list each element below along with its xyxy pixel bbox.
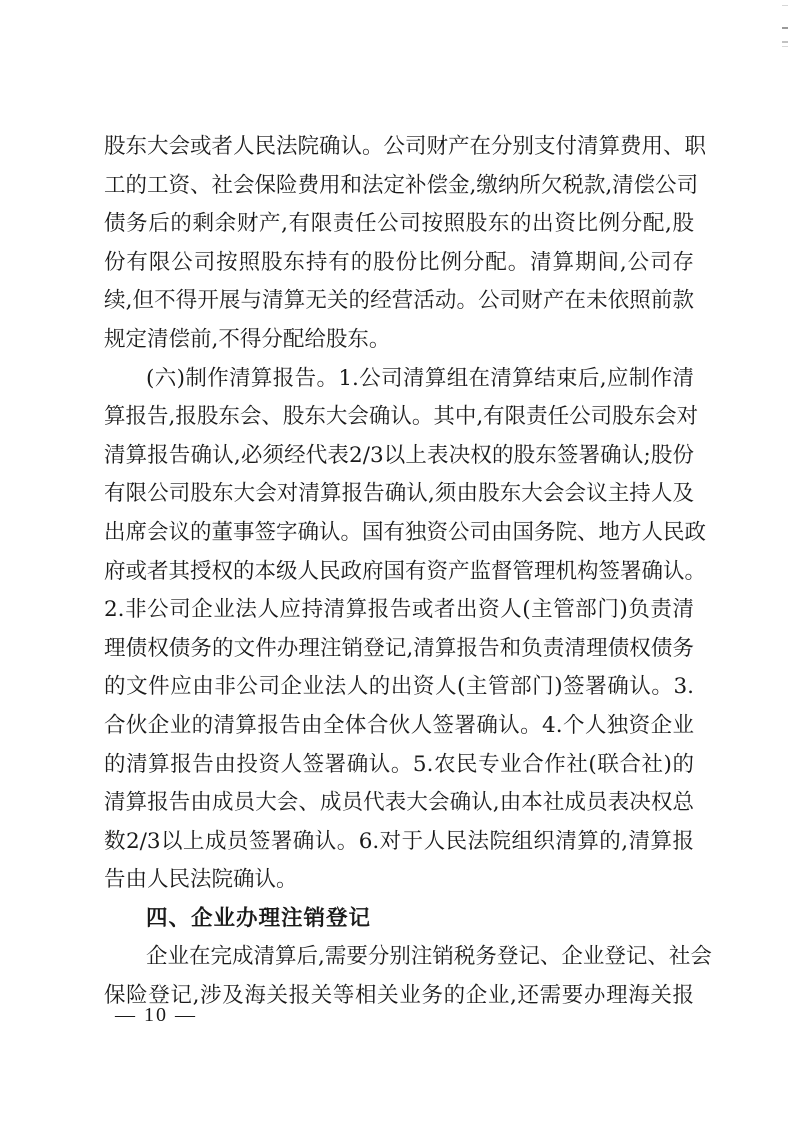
text-line: 份有限公司按照股东持有的股份比例分配。清算期间,公司存 [104, 244, 694, 283]
edge-mark [782, 46, 788, 47]
text-line: 的清算报告由投资人签署确认。5.农民专业合作社(联合社)的 [104, 746, 694, 785]
text-line: 2.非公司企业法人应持清算报告或者出资人(主管部门)负责清 [104, 591, 694, 630]
text-line: 企业在完成清算后,需要分别注销税务登记、企业登记、社会 [104, 938, 694, 977]
edge-mark [782, 27, 788, 29]
edge-mark [782, 41, 788, 43]
section-heading: 四、企业办理注销登记 [104, 900, 694, 939]
text-line: 规定清偿前,不得分配给股东。 [104, 321, 694, 360]
text-line: 清算报告确认,必须经代表2/3以上表决权的股东签署确认;股份 [104, 437, 694, 476]
text-line: 告由人民法院确认。 [104, 861, 694, 900]
scan-edge-marks [782, 0, 790, 60]
text-line: (六)制作清算报告。1.公司清算组在清算结束后,应制作清 [104, 360, 694, 399]
text-line: 合伙企业的清算报告由全体合伙人签署确认。4.个人独资企业 [104, 707, 694, 746]
text-line: 续,但不得开展与清算无关的经营活动。公司财产在未依照前款 [104, 282, 694, 321]
text-line: 理债权债务的文件办理注销登记,清算报告和负责清理债权债务 [104, 630, 694, 669]
text-line: 股东大会或者人民法院确认。公司财产在分别支付清算费用、职 [104, 128, 694, 167]
page-number: — 10 — [115, 1004, 197, 1027]
paragraph-distribution: 股东大会或者人民法院确认。公司财产在分别支付清算费用、职 工的工资、社会保险费用… [104, 128, 694, 360]
text-line: 的文件应由非公司企业法人的出资人(主管部门)签署确认。3. [104, 668, 694, 707]
text-line: 工的工资、社会保险费用和法定补偿金,缴纳所欠税款,清偿公司 [104, 167, 694, 206]
text-line: 债务后的剩余财产,有限责任公司按照股东的出资比例分配,股 [104, 205, 694, 244]
edge-mark [782, 5, 788, 6]
text-line: 出席会议的董事签字确认。国有独资公司由国务院、地方人民政 [104, 514, 694, 553]
paragraph-liquidation-report: (六)制作清算报告。1.公司清算组在清算结束后,应制作清 算报告,报股东会、股东… [104, 360, 694, 900]
text-line: 数2/3以上成员签署确认。6.对于人民法院组织清算的,清算报 [104, 823, 694, 862]
text-line: 清算报告由成员大会、成员代表大会确认,由本社成员表决权总 [104, 784, 694, 823]
document-body: 股东大会或者人民法院确认。公司财产在分别支付清算费用、职 工的工资、社会保险费用… [104, 128, 694, 1016]
text-line: 府或者其授权的本级人民政府国有资产监督管理机构签署确认。 [104, 553, 694, 592]
document-page: 股东大会或者人民法院确认。公司财产在分别支付清算费用、职 工的工资、社会保险费用… [0, 0, 793, 1122]
text-line: 有限公司股东大会对清算报告确认,须由股东大会会议主持人及 [104, 475, 694, 514]
text-line: 算报告,报股东会、股东大会确认。其中,有限责任公司股东会对 [104, 398, 694, 437]
